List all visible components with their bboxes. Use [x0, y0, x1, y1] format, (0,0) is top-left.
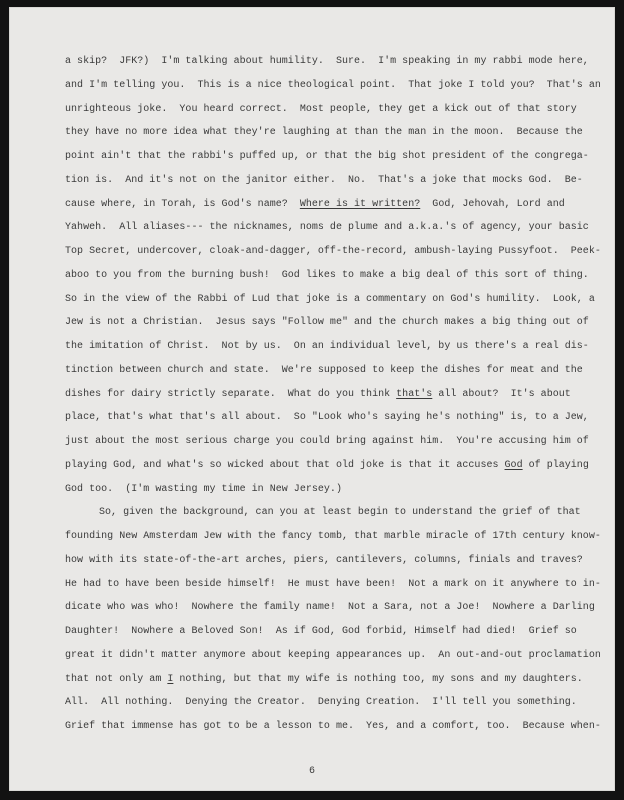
text-line: All. All nothing. Denying the Creator. D… [65, 691, 610, 715]
text-line: Grief that immense has got to be a lesso… [65, 715, 610, 739]
text-run: Yahweh. All aliases--- the nicknames, no… [65, 222, 589, 233]
text-line: He had to have been beside himself! He m… [65, 573, 610, 597]
text-line: unrighteous joke. You heard correct. Mos… [65, 98, 610, 122]
text-run: cause where, in Torah, is God's name? [65, 199, 300, 210]
text-line: that not only am I nothing, but that my … [65, 668, 610, 692]
text-run: point ain't that the rabbi's puffed up, … [65, 151, 589, 162]
text-run: they have no more idea what they're laug… [65, 127, 583, 138]
text-run: founding New Amsterdam Jew with the fanc… [65, 531, 601, 542]
text-run: God too. (I'm wasting my time in New Jer… [65, 484, 342, 495]
page-number: 6 [9, 766, 615, 777]
text-run: a skip? JFK?) I'm talking about humility… [65, 56, 589, 67]
text-run: great it didn't matter anymore about kee… [65, 650, 601, 661]
text-line: tinction between church and state. We're… [65, 359, 610, 383]
text-run: tinction between church and state. We're… [65, 365, 583, 376]
text-run: the imitation of Christ. Not by us. On a… [65, 341, 589, 352]
text-run: God, Jehovah, Lord and [420, 199, 565, 210]
text-line: cause where, in Torah, is God's name? Wh… [65, 193, 610, 217]
text-line: place, that's what that's all about. So … [65, 406, 610, 430]
text-run: playing God, and what's so wicked about … [65, 460, 505, 471]
text-line: Yahweh. All aliases--- the nicknames, no… [65, 216, 610, 240]
text-run: dishes for dairy strictly separate. What… [65, 389, 396, 400]
text-run: nothing, but that my wife is nothing too… [173, 674, 582, 685]
text-run: tion is. And it's not on the janitor eit… [65, 175, 583, 186]
text-line: Jew is not a Christian. Jesus says "Foll… [65, 311, 610, 335]
text-line: dicate who was who! Nowhere the family n… [65, 596, 610, 620]
text-run: Jew is not a Christian. Jesus says "Foll… [65, 317, 589, 328]
text-run: unrighteous joke. You heard correct. Mos… [65, 104, 577, 115]
text-run: Top Secret, undercover, cloak-and-dagger… [65, 246, 601, 257]
text-run: dicate who was who! Nowhere the family n… [65, 602, 595, 613]
text-run: how with its state-of-the-art arches, pi… [65, 555, 583, 566]
underlined-text: Where is it written? [300, 199, 420, 210]
text-line: a skip? JFK?) I'm talking about humility… [65, 50, 610, 74]
text-run: He had to have been beside himself! He m… [65, 579, 601, 590]
text-line: tion is. And it's not on the janitor eit… [65, 169, 610, 193]
text-line: great it didn't matter anymore about kee… [65, 644, 610, 668]
text-line: So, given the background, can you at lea… [65, 501, 610, 525]
text-run: that not only am [65, 674, 167, 685]
text-run: just about the most serious charge you c… [65, 436, 589, 447]
text-run: place, that's what that's all about. So … [65, 412, 589, 423]
typewritten-page: a skip? JFK?) I'm talking about humility… [9, 7, 615, 791]
text-line: just about the most serious charge you c… [65, 430, 610, 454]
text-line: how with its state-of-the-art arches, pi… [65, 549, 610, 573]
body-text: a skip? JFK?) I'm talking about humility… [65, 50, 610, 739]
text-line: aboo to you from the burning bush! God l… [65, 264, 610, 288]
text-run: All. All nothing. Denying the Creator. D… [65, 697, 577, 708]
text-run: aboo to you from the burning bush! God l… [65, 270, 589, 281]
underlined-text: that's [396, 389, 432, 400]
text-line: point ain't that the rabbi's puffed up, … [65, 145, 610, 169]
text-run: all about? It's about [432, 389, 570, 400]
text-run: Grief that immense has got to be a lesso… [65, 721, 601, 732]
text-line: Top Secret, undercover, cloak-and-dagger… [65, 240, 610, 264]
text-line: the imitation of Christ. Not by us. On a… [65, 335, 610, 359]
text-run: Daughter! Nowhere a Beloved Son! As if G… [65, 626, 577, 637]
text-line: dishes for dairy strictly separate. What… [65, 383, 610, 407]
text-run: and I'm telling you. This is a nice theo… [65, 80, 601, 91]
text-line: founding New Amsterdam Jew with the fanc… [65, 525, 610, 549]
text-line: and I'm telling you. This is a nice theo… [65, 74, 610, 98]
text-line: playing God, and what's so wicked about … [65, 454, 610, 478]
text-run: So, given the background, can you at lea… [99, 507, 581, 518]
text-line: So in the view of the Rabbi of Lud that … [65, 288, 610, 312]
text-line: God too. (I'm wasting my time in New Jer… [65, 478, 610, 502]
text-line: Daughter! Nowhere a Beloved Son! As if G… [65, 620, 610, 644]
text-run: So in the view of the Rabbi of Lud that … [65, 294, 595, 305]
underlined-text: God [505, 460, 523, 471]
text-line: they have no more idea what they're laug… [65, 121, 610, 145]
text-run: of playing [523, 460, 589, 471]
